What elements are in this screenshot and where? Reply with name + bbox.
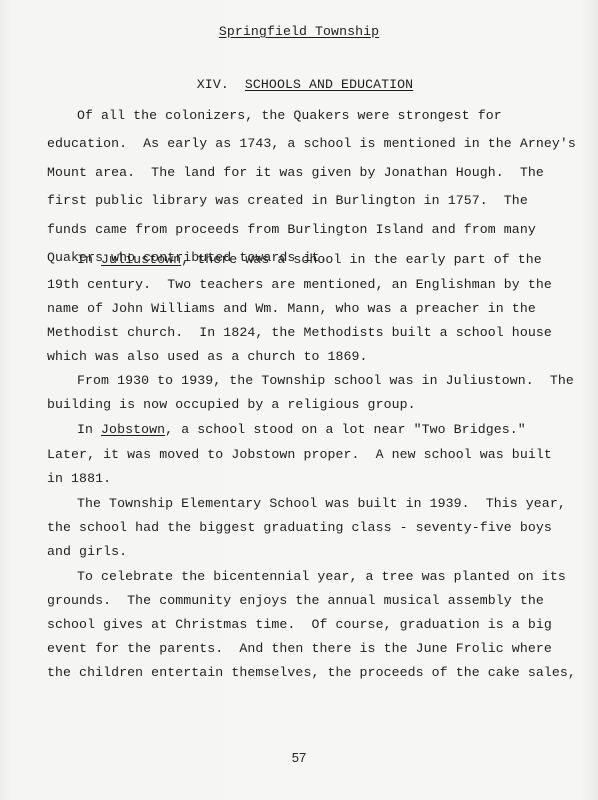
text-line: name of John Williams and Wm. Mann, who …	[47, 301, 536, 316]
text-line: which was also used as a church to 1869.	[47, 349, 368, 364]
text-segment: Methodist church. In 1824, the Methodist…	[47, 325, 552, 340]
text-segment: the school had the biggest graduating cl…	[47, 520, 552, 535]
text-line: In Juliustown, there was a school in the…	[77, 252, 542, 267]
text-line: school gives at Christmas time. Of cours…	[47, 617, 552, 632]
text-line: and girls.	[47, 544, 127, 559]
chapter-heading: XIV. SCHOOLS AND EDUCATION	[0, 77, 598, 92]
text-line: the children entertain themselves, the p…	[47, 665, 576, 680]
text-line: in 1881.	[47, 471, 111, 486]
text-segment: Of all the colonizers, the Quakers were …	[77, 108, 502, 123]
text-segment: the children entertain themselves, the p…	[47, 665, 576, 680]
text-segment: To celebrate the bicentennial year, a tr…	[77, 569, 566, 584]
text-line: funds came from proceeds from Burlington…	[47, 222, 536, 237]
text-line: education. As early as 1743, a school is…	[47, 136, 576, 151]
text-line: From 1930 to 1939, the Township school w…	[77, 373, 574, 388]
text-segment: school gives at Christmas time. Of cours…	[47, 617, 552, 632]
text-segment: in 1881.	[47, 471, 111, 486]
running-header: Springfield Township	[0, 24, 598, 39]
text-line: grounds. The community enjoys the annual…	[47, 593, 544, 608]
text-segment: first public library was created in Burl…	[47, 193, 528, 208]
underlined-place-name: Jobstown	[101, 422, 165, 437]
text-line: To celebrate the bicentennial year, a tr…	[77, 569, 566, 584]
text-segment: education. As early as 1743, a school is…	[47, 136, 576, 151]
text-segment: event for the parents. And then there is…	[47, 641, 552, 656]
chapter-title: SCHOOLS AND EDUCATION	[245, 77, 413, 92]
page-number: 57	[0, 750, 598, 765]
text-line: event for the parents. And then there is…	[47, 641, 552, 656]
text-segment: , there was a school in the early part o…	[181, 252, 542, 267]
text-segment: grounds. The community enjoys the annual…	[47, 593, 544, 608]
text-line: Of all the colonizers, the Quakers were …	[77, 108, 502, 123]
text-segment: Mount area. The land for it was given by…	[47, 165, 544, 180]
text-line: first public library was created in Burl…	[47, 193, 528, 208]
chapter-number: XIV.	[197, 77, 229, 92]
text-segment: funds came from proceeds from Burlington…	[47, 222, 536, 237]
text-line: In Jobstown, a school stood on a lot nea…	[77, 422, 526, 437]
text-segment: name of John Williams and Wm. Mann, who …	[47, 301, 536, 316]
text-segment: In	[77, 422, 101, 437]
text-line: 19th century. Two teachers are mentioned…	[47, 277, 552, 292]
text-segment: From 1930 to 1939, the Township school w…	[77, 373, 574, 388]
text-line: Methodist church. In 1824, the Methodist…	[47, 325, 552, 340]
text-line: Later, it was moved to Jobstown proper. …	[47, 447, 552, 462]
text-segment: and girls.	[47, 544, 127, 559]
text-segment: In	[77, 252, 101, 267]
text-segment: building is now occupied by a religious …	[47, 397, 416, 412]
text-line: the school had the biggest graduating cl…	[47, 520, 552, 535]
underlined-place-name: Juliustown	[101, 252, 181, 267]
text-line: Mount area. The land for it was given by…	[47, 165, 544, 180]
text-segment: Later, it was moved to Jobstown proper. …	[47, 447, 552, 462]
document-page: Springfield Township XIV. SCHOOLS AND ED…	[0, 0, 598, 800]
text-segment: which was also used as a church to 1869.	[47, 349, 368, 364]
text-line: The Township Elementary School was built…	[77, 496, 566, 511]
text-line: building is now occupied by a religious …	[47, 397, 416, 412]
text-segment: , a school stood on a lot near "Two Brid…	[165, 422, 526, 437]
text-segment: The Township Elementary School was built…	[77, 496, 566, 511]
text-segment: 19th century. Two teachers are mentioned…	[47, 277, 552, 292]
